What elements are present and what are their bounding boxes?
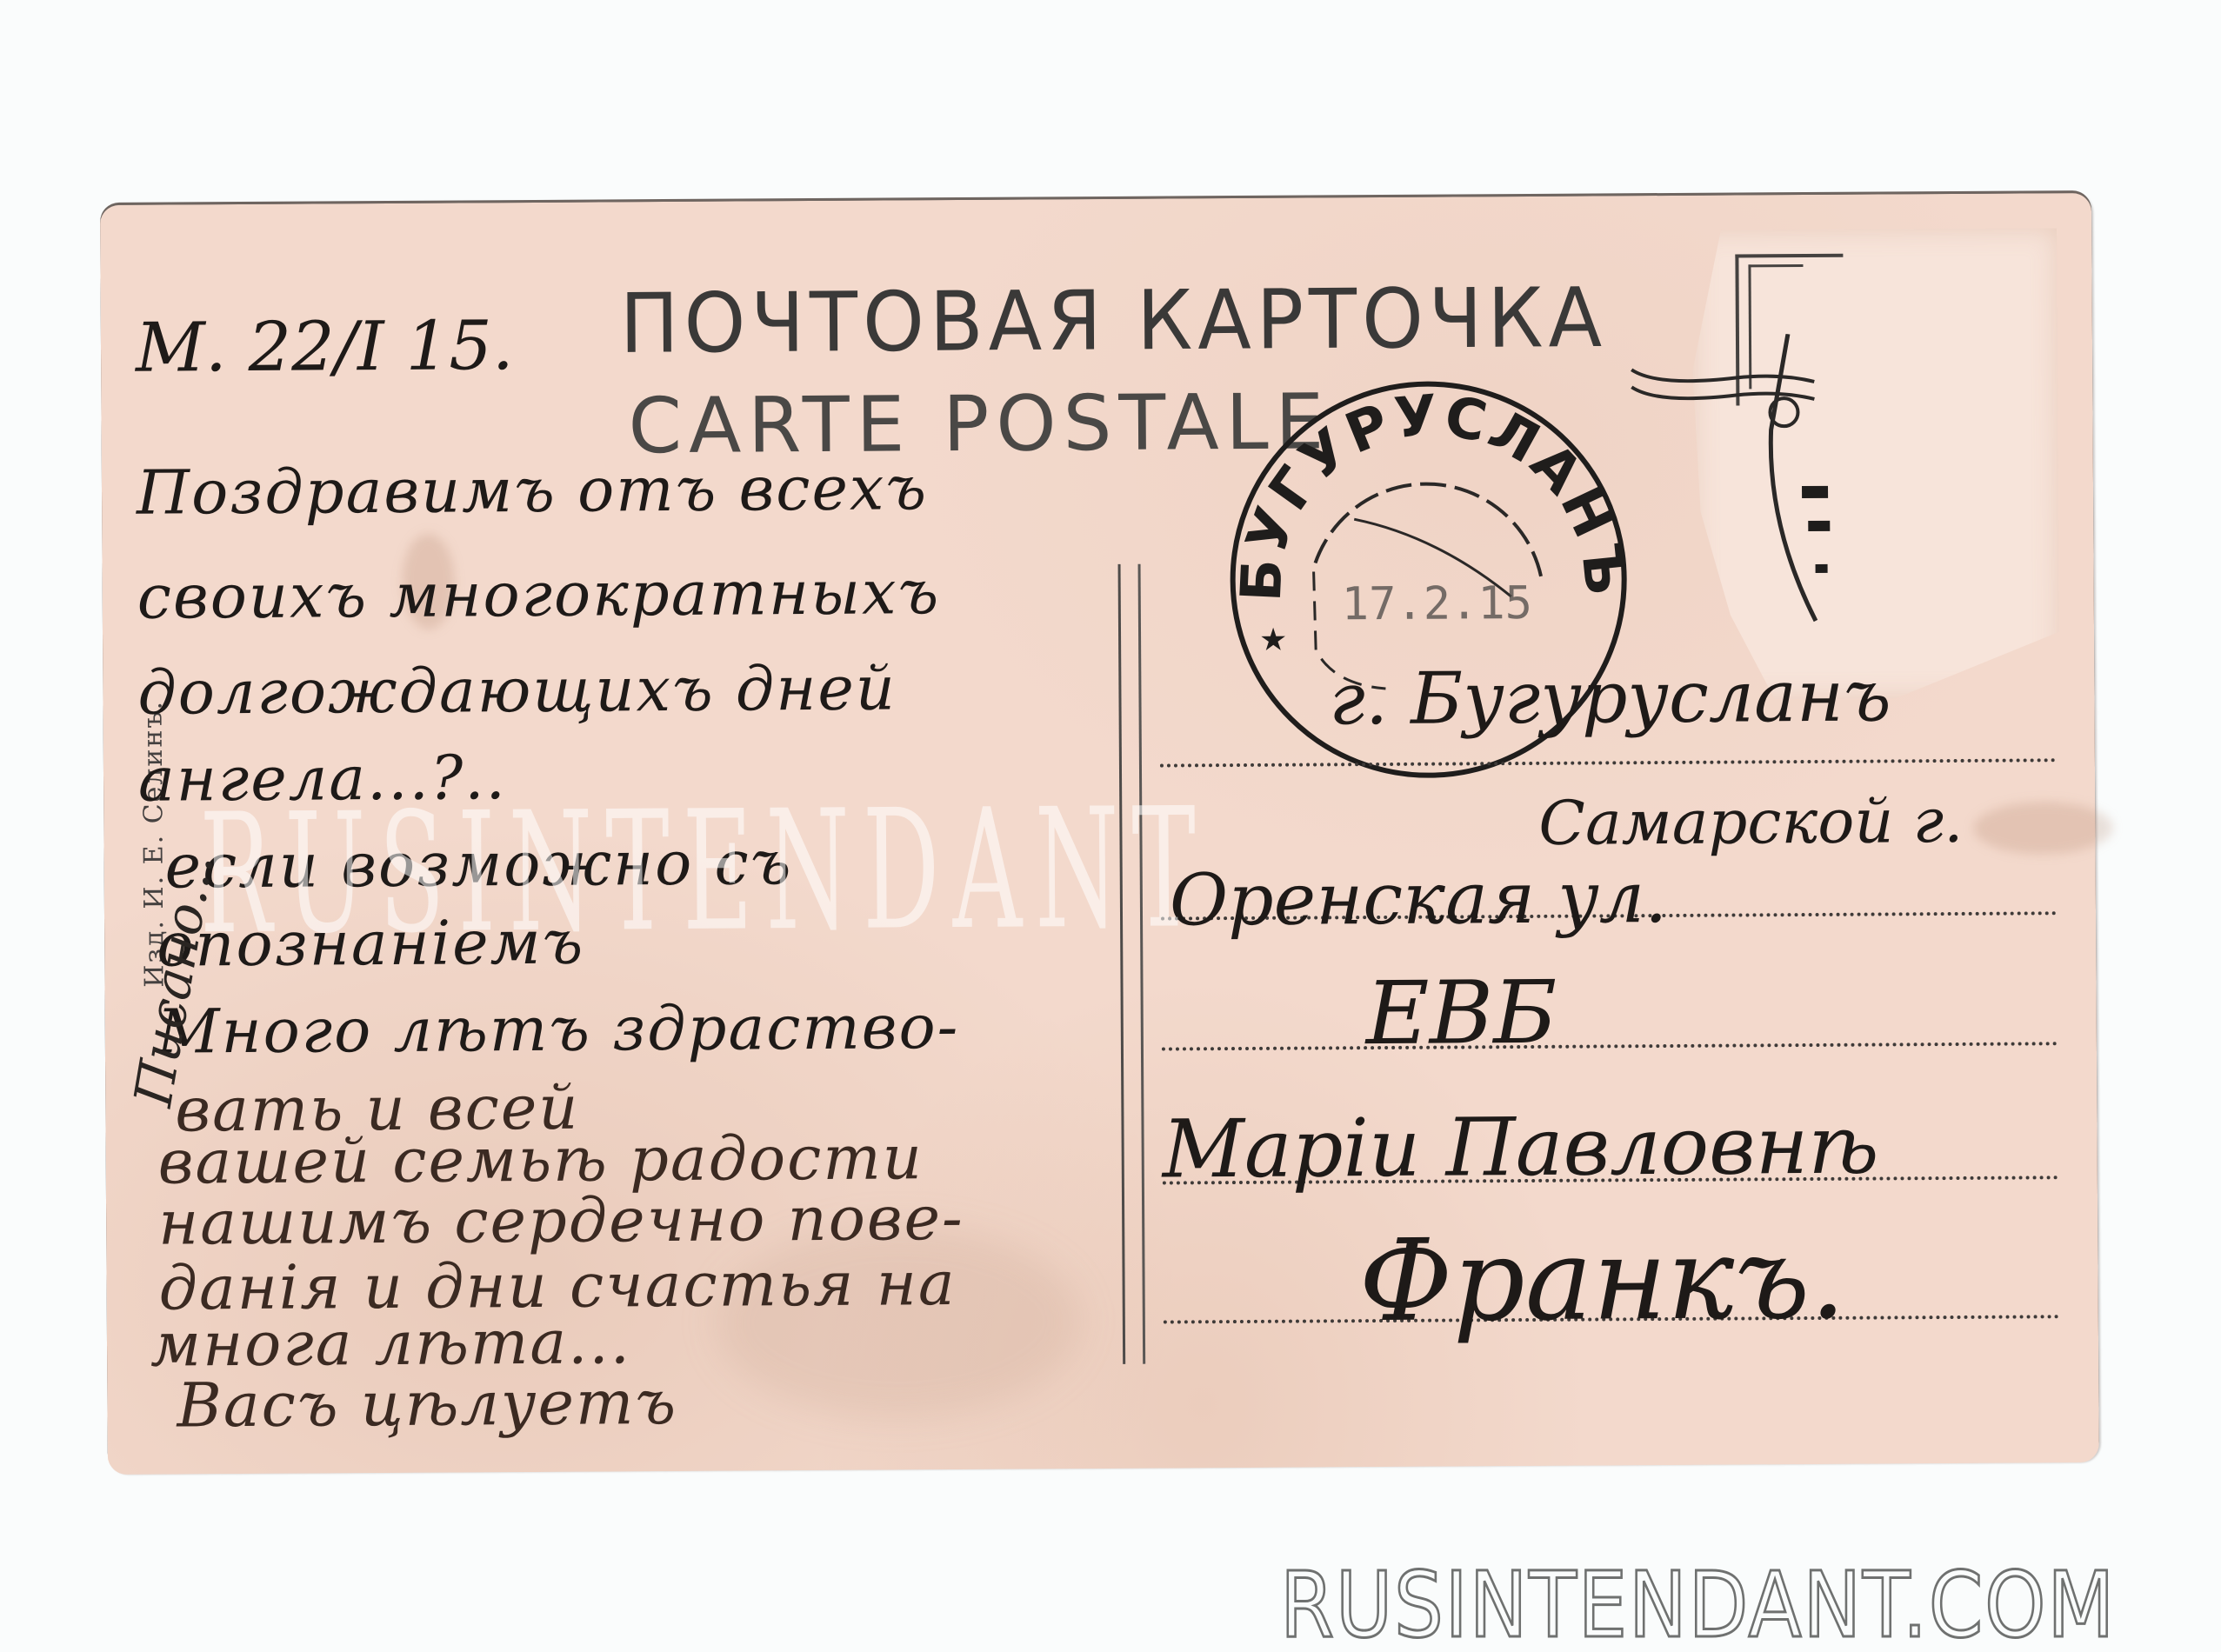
site-watermark: RUSINTENDANT.COM (1280, 1552, 2116, 1652)
address-recipient-surname: Франкъ. (1358, 1212, 1846, 1347)
svg-text:★: ★ (1259, 623, 1288, 658)
address-town: г. Бугурусланъ (1329, 655, 1891, 741)
message-line: нашимъ сердечно пове- (158, 1182, 964, 1259)
postmark-date: 17.2.15 (1342, 577, 1533, 630)
message-line: Много лѣтъ здраство- (157, 991, 960, 1068)
message-line: Поздравимъ отъ всехъ (137, 452, 928, 529)
svg-text:БУГУРУСЛАНЪ: БУГУРУСЛАНЪ (1228, 382, 1637, 603)
message-line: долгождающихъ дней (137, 652, 897, 728)
ink-stain (1973, 802, 2112, 855)
printed-title-russian: ПОЧТОВАЯ КАРТОЧКА (620, 270, 1608, 372)
postcard-back: ПОЧТОВАЯ КАРТОЧКА CARTE POSTALE Изд. И. … (100, 193, 2099, 1475)
address-recipient-name: Марiи Павловнѣ (1162, 1099, 1878, 1196)
message-line: своихъ многократныхъ (137, 556, 941, 633)
address-province: Самарской г. (1538, 785, 1963, 859)
address-street: Оренская ул. (1170, 856, 1668, 942)
message-date: М. 22/I 15. (136, 307, 514, 388)
center-watermark: RUSINTENDANT (199, 772, 1210, 970)
postmark-town: БУГУРУСЛАНЪ (1228, 382, 1637, 603)
message-line: Васъ цѣлуетъ (177, 1367, 677, 1442)
address-line (1162, 1042, 2058, 1050)
partial-postmark-icon (1605, 334, 1869, 701)
address-honorific: ЕВБ (1365, 962, 1557, 1064)
